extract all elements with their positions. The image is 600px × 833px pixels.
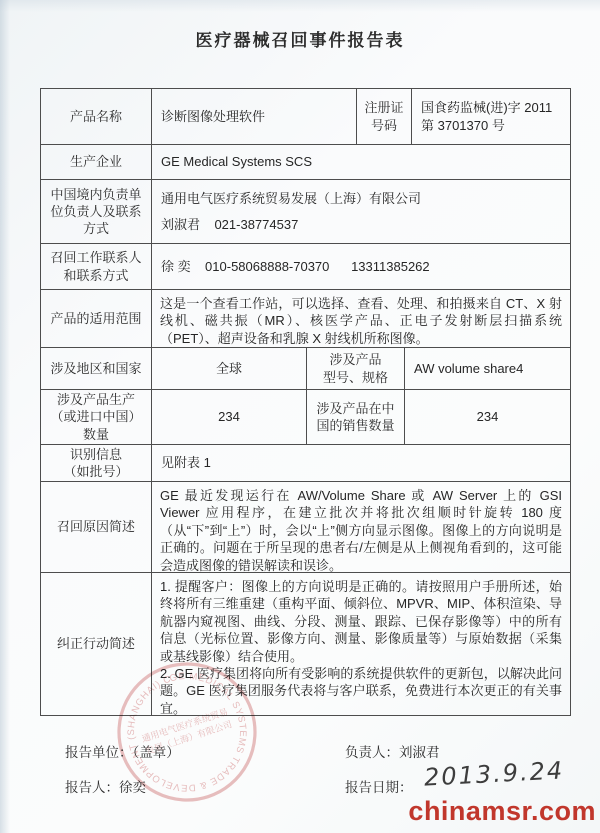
principal-value: 刘淑君 bbox=[399, 745, 440, 760]
china-sales-qty-value: 234 bbox=[404, 390, 570, 444]
scope-label: 产品的适用范围 bbox=[41, 290, 151, 347]
handwritten-report-date: 2013.9.24 bbox=[423, 756, 564, 791]
reporter-label: 报告人： bbox=[65, 780, 119, 795]
manufacturer-label: 生产企业 bbox=[41, 145, 151, 179]
identification-value: 见附表 1 bbox=[151, 445, 570, 481]
principal-label: 负责人： bbox=[345, 745, 399, 760]
table-row-regions: 涉及地区和国家 全球 涉及产品 型号、规格 AW volume share4 bbox=[41, 347, 570, 389]
table-row-scope: 产品的适用范围 这是一个查看工作站，可以选择、查看、处理、和拍摄来自 CT、X … bbox=[41, 289, 570, 347]
table-row-china-responsible: 中国境内负责单 位负责人及联系 方式 通用电气医疗系统贸易发展（上海）有限公司 … bbox=[41, 179, 570, 243]
recall-reason-label: 召回原因简述 bbox=[41, 482, 151, 572]
model-spec-value: AW volume share4 bbox=[404, 348, 570, 389]
recall-reason-value: GE 最近发现运行在 AW/Volume Share 或 AW Server 上… bbox=[151, 482, 570, 572]
reporter-field: 报告人：徐奕 bbox=[65, 776, 146, 796]
scope-value: 这是一个查看工作站，可以选择、查看、处理、和拍摄来自 CT、X 射线机、磁共振（… bbox=[151, 290, 570, 347]
product-name-value: 诊断图像处理软件 bbox=[151, 89, 356, 144]
registration-no-value: 国食药监械(进)字 2011 第 3701370 号 bbox=[411, 89, 570, 144]
china-responsible-value: 通用电气医疗系统贸易发展（上海）有限公司 刘淑君 021-38774537 bbox=[151, 180, 570, 243]
principal-field: 负责人：刘淑君 bbox=[345, 741, 440, 761]
registration-no-label: 注册证 号码 bbox=[356, 89, 411, 144]
identification-label: 识别信息 （如批号） bbox=[41, 445, 151, 481]
product-name-label: 产品名称 bbox=[41, 89, 151, 144]
recall-contact-value: 徐 奕 010-58068888-70370 13311385262 bbox=[151, 244, 570, 289]
manufacturer-value: GE Medical Systems SCS bbox=[151, 145, 570, 179]
page-title: 医疗器械召回事件报告表 bbox=[0, 26, 600, 51]
recall-contact-label: 召回工作联系人 和联系方式 bbox=[41, 244, 151, 289]
table-row-manufacturer: 生产企业 GE Medical Systems SCS bbox=[41, 144, 570, 179]
corrective-action-label: 纠正行动简述 bbox=[41, 573, 151, 715]
corrective-action-value: 1. 提醒客户：图像上的方向说明是正确的。请按照用户手册所述，始终将所有三维重建… bbox=[151, 573, 570, 715]
table-row-identification: 识别信息 （如批号） 见附表 1 bbox=[41, 444, 570, 481]
corrective-action-item-2: 2. GE 医疗集团将向所有受影响的系统提供软件的更新包，以解决此问题。GE 医… bbox=[160, 665, 562, 715]
table-row-quantities: 涉及产品生产 （或进口中国） 数量 234 涉及产品在中 国的销售数量 234 bbox=[41, 389, 570, 444]
model-spec-label: 涉及产品 型号、规格 bbox=[306, 348, 404, 389]
china-responsible-company: 通用电气医疗系统贸易发展（上海）有限公司 bbox=[161, 190, 561, 207]
table-row-product-name: 产品名称 诊断图像处理软件 注册证 号码 国食药监械(进)字 2011 第 37… bbox=[41, 89, 570, 144]
report-date-label: 报告日期： bbox=[345, 776, 413, 796]
recall-report-table: 产品名称 诊断图像处理软件 注册证 号码 国食药监械(进)字 2011 第 37… bbox=[40, 88, 571, 716]
china-sales-qty-label: 涉及产品在中 国的销售数量 bbox=[306, 390, 404, 444]
report-unit-label: 报告单位：（盖章） bbox=[65, 741, 180, 761]
china-responsible-contact: 刘淑君 021-38774537 bbox=[161, 216, 561, 233]
production-qty-label: 涉及产品生产 （或进口中国） 数量 bbox=[41, 390, 151, 444]
regions-value: 全球 bbox=[151, 348, 306, 389]
table-row-corrective-action: 纠正行动简述 1. 提醒客户：图像上的方向说明是正确的。请按照用户手册所述，始终… bbox=[41, 572, 570, 715]
table-row-recall-reason: 召回原因简述 GE 最近发现运行在 AW/Volume Share 或 AW S… bbox=[41, 481, 570, 572]
corrective-action-item-1: 1. 提醒客户：图像上的方向说明是正确的。请按照用户手册所述，始终将所有三维重建… bbox=[160, 578, 562, 665]
regions-label: 涉及地区和国家 bbox=[41, 348, 151, 389]
site-watermark: chinamsr.com bbox=[408, 796, 596, 827]
production-qty-value: 234 bbox=[151, 390, 306, 444]
table-row-recall-contact: 召回工作联系人 和联系方式 徐 奕 010-58068888-70370 133… bbox=[41, 243, 570, 289]
china-responsible-label: 中国境内负责单 位负责人及联系 方式 bbox=[41, 180, 151, 243]
reporter-value: 徐奕 bbox=[119, 780, 146, 795]
